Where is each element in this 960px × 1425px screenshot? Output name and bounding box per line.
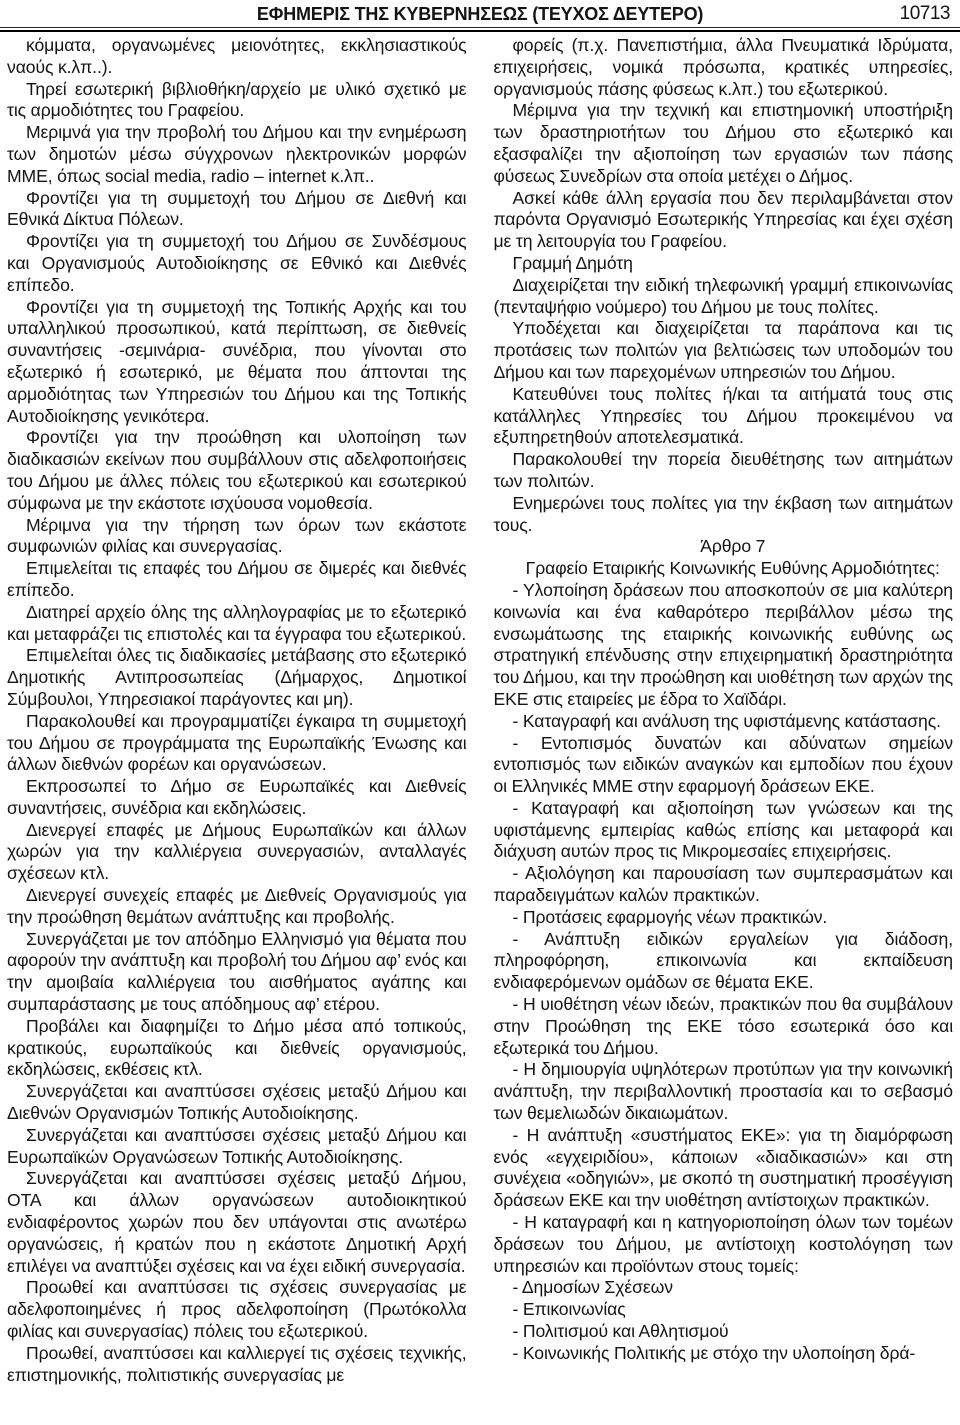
paragraph: Μέριμνα για την τήρηση των όρων των εκάσ… (7, 515, 467, 559)
paragraph: Κατευθύνει τους πολίτες ή/και τα αιτήματ… (494, 384, 954, 449)
paragraph: - Επικοινωνίας (494, 1299, 954, 1321)
paragraph: Διαχειρίζεται την ειδική τηλεφωνική γραμ… (494, 275, 954, 319)
paragraph: - Δημοσίων Σχέσεων (494, 1277, 954, 1299)
paragraph: - Αξιολόγηση και παρουσίαση των συμπερασ… (494, 863, 954, 907)
paragraph: - Η δημιουργία υψηλότερων προτύπων για τ… (494, 1059, 954, 1124)
paragraph: Προωθεί και αναπτύσσει τις σχέσεις συνερ… (7, 1277, 467, 1342)
paragraph: Τηρεί εσωτερική βιβλιοθήκη/αρχείο με υλι… (7, 79, 467, 123)
right-column: φορείς (π.χ. Πανεπιστήμια, άλλα Πνευματι… (494, 35, 954, 1386)
paragraph: Υποδέχεται και διαχειρίζεται τα παράπονα… (494, 318, 954, 383)
paragraph: Παρακολουθεί και προγραμματίζει έγκαιρα … (7, 711, 467, 776)
paragraph: - Προτάσεις εφαρμογής νέων πρακτικών. (494, 907, 954, 929)
paragraph: Ενημερώνει τους πολίτες για την έκβαση τ… (494, 493, 954, 537)
paragraph: Συνεργάζεται και αναπτύσσει σχέσεις μετα… (7, 1168, 467, 1277)
paragraph: κόμματα, οργανωμένες μειονότητες, εκκλησ… (7, 35, 467, 79)
paragraph: Συνεργάζεται και αναπτύσσει σχέσεις μετα… (7, 1081, 467, 1125)
paragraph: - Κοινωνικής Πολιτικής με στόχο την υλοπ… (494, 1343, 954, 1365)
paragraph: - Υλοποίηση δράσεων που αποσκοπούν σε μι… (494, 580, 954, 711)
paragraph: Φροντίζει για την προώθηση και υλοποίηση… (7, 427, 467, 514)
paragraph: - Καταγραφή και αξιοποίηση των γνώσεων κ… (494, 798, 954, 863)
paragraph: Διενεργεί επαφές με Δήμους Ευρωπαϊκών κα… (7, 820, 467, 885)
paragraph: Διατηρεί αρχείο όλης της αλληλογραφίας μ… (7, 602, 467, 646)
paragraph: - Καταγραφή και ανάλυση της υφιστάμενης … (494, 711, 954, 733)
page-header: ΕΦΗΜΕΡΙΣ ΤΗΣ ΚΥΒΕΡΝΗΣΕΩΣ (ΤΕΥΧΟΣ ΔΕΥΤΕΡΟ… (0, 0, 960, 26)
paragraph: Φροντίζει για τη συμμετοχή του Δήμου σε … (7, 188, 467, 232)
paragraph: Γραμμή Δημότη (494, 253, 954, 275)
paragraph: - Πολιτισμού και Αθλητισμού (494, 1321, 954, 1343)
left-column: κόμματα, οργανωμένες μειονότητες, εκκλησ… (7, 35, 467, 1386)
paragraph: Προωθεί, αναπτύσσει και καλλιεργεί τις σ… (7, 1343, 467, 1387)
paragraph: - Η καταγραφή και η κατηγοριοποίηση όλων… (494, 1212, 954, 1277)
paragraph: Φροντίζει για τη συμμετοχή της Τοπικής Α… (7, 297, 467, 428)
page-content: κόμματα, οργανωμένες μειονότητες, εκκλησ… (0, 32, 960, 1386)
paragraph: Συνεργάζεται με τον απόδημο Ελληνισμό γι… (7, 929, 467, 1016)
paragraph: Παρακολουθεί την πορεία διευθέτησης των … (494, 449, 954, 493)
paragraph: Επιμελείται τις επαφές του Δήμου σε διμε… (7, 558, 467, 602)
paragraph: Ασκεί κάθε άλλη εργασία που δεν περιλαμβ… (494, 188, 954, 253)
page-number: 10713 (900, 3, 950, 25)
gazette-title: ΕΦΗΜΕΡΙΣ ΤΗΣ ΚΥΒΕΡΝΗΣΕΩΣ (ΤΕΥΧΟΣ ΔΕΥΤΕΡΟ… (8, 3, 952, 25)
gazette-page: { "page": { "header": { "title": "ΕΦΗΜΕΡ… (0, 0, 960, 1425)
paragraph: φορείς (π.χ. Πανεπιστήμια, άλλα Πνευματι… (494, 35, 954, 100)
paragraph: Φροντίζει για τη συμμετοχή του Δήμου σε … (7, 231, 467, 296)
heading: Γραφείο Εταιρικής Κοινωνικής Ευθύνης Αρμ… (494, 558, 954, 580)
paragraph: Μέριμνα για την τεχνική και επιστημονική… (494, 100, 954, 187)
paragraph: - Εντοπισμός δυνατών και αδύνατων σημείω… (494, 733, 954, 798)
paragraph: - Η υιοθέτηση νέων ιδεών, πρακτικών που … (494, 994, 954, 1059)
paragraph: - Ανάπτυξη ειδικών εργαλείων για διάδοση… (494, 929, 954, 994)
paragraph: Εκπροσωπεί το Δήμο σε Ευρωπαϊκές και Διε… (7, 776, 467, 820)
heading: Άρθρο 7 (494, 536, 954, 558)
paragraph: Επιμελείται όλες τις διαδικασίες μετάβασ… (7, 645, 467, 710)
paragraph: - Η ανάπτυξη «συστήματος ΕΚΕ»: για τη δι… (494, 1125, 954, 1212)
paragraph: Προβάλει και διαφημίζει το Δήμο μέσα από… (7, 1016, 467, 1081)
paragraph: Μεριμνά για την προβολή του Δήμου και τη… (7, 122, 467, 187)
paragraph: Συνεργάζεται και αναπτύσσει σχέσεις μετα… (7, 1125, 467, 1169)
paragraph: Διενεργεί συνεχείς επαφές με Διεθνείς Ορ… (7, 885, 467, 929)
